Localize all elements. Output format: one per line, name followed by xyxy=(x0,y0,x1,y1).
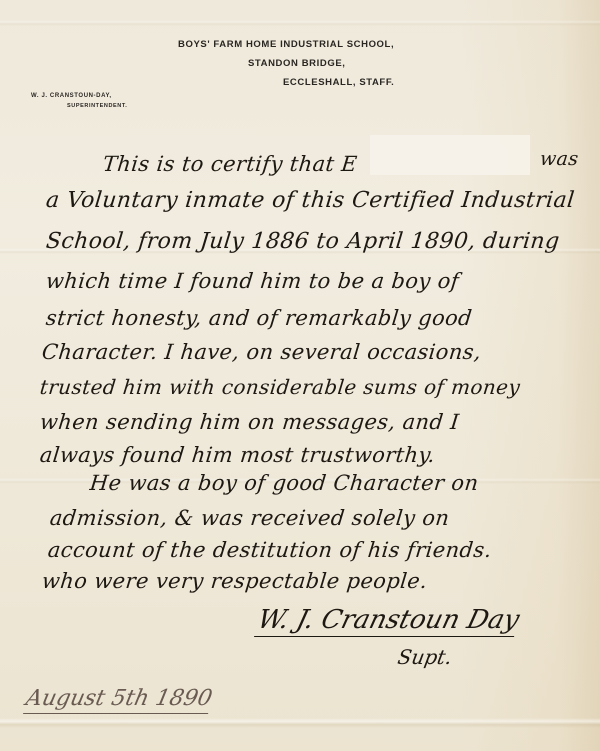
body-line: School, from July 1886 to April 1890, du… xyxy=(45,229,561,254)
superintendent-name: W. J. CRANSTOUN-DAY, xyxy=(31,93,112,99)
letterhead-town: ECCLESHALL, STAFF. xyxy=(283,77,394,88)
paper-fold xyxy=(0,718,600,728)
superintendent-title: SUPERINTENDENT. xyxy=(67,103,127,109)
body-line: always found him most trustworthy. xyxy=(39,443,437,467)
signature-title: Supt. xyxy=(396,645,454,669)
paper-fold xyxy=(0,20,600,26)
body-line: which time I found him to be a boy of xyxy=(45,269,461,293)
body-line: who were very respectable people. xyxy=(41,569,429,593)
body-line: He was a boy of good Character on xyxy=(89,471,480,495)
letter-date: August 5th 1890 xyxy=(23,686,214,714)
signature: W. J. Cranstoun Day xyxy=(254,605,522,637)
letterhead-institution: BOYS' FARM HOME INDUSTRIAL SCHOOL, xyxy=(178,39,394,50)
body-line: trusted him with considerable sums of mo… xyxy=(39,375,522,399)
letterhead-location: STANDON BRIDGE, xyxy=(248,58,346,69)
body-line-end: was xyxy=(539,148,580,170)
body-line: when sending him on messages, and I xyxy=(39,410,461,434)
body-line: Character. I have, on several occasions, xyxy=(41,340,483,364)
body-line: This is to certify that E xyxy=(102,152,359,176)
body-line: admission, & was received solely on xyxy=(49,506,451,530)
redacted-name xyxy=(370,135,530,175)
letter-page: BOYS' FARM HOME INDUSTRIAL SCHOOL, STAND… xyxy=(0,0,600,751)
body-line: strict honesty, and of remarkably good xyxy=(45,306,474,330)
body-line: account of the destitution of his friend… xyxy=(47,538,493,562)
body-line: a Voluntary inmate of this Certified Ind… xyxy=(45,188,576,213)
